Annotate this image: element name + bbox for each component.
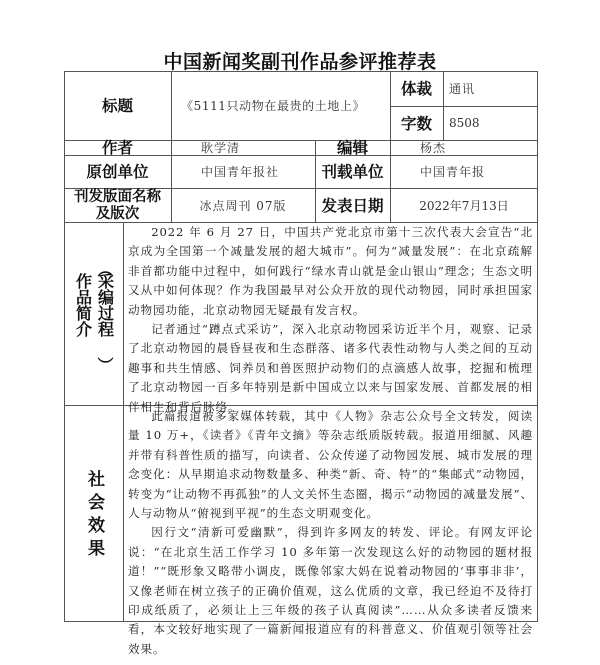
page-label-line1: 刊发版面名称	[74, 188, 161, 205]
genre-value: 通讯	[449, 71, 535, 106]
editor-label: 编辑	[315, 140, 390, 155]
paren-close: ︶	[96, 355, 116, 376]
wordcount-label: 字数	[390, 106, 443, 140]
editor-value: 杨杰	[420, 138, 530, 156]
summary-label-col1: 作品简介	[74, 273, 94, 337]
summary-label-col2: 采编过程	[96, 273, 116, 337]
summary-text: 2022 年 6 月 27 日，中国共产党北京市第十三次代表大会宣告“北京成为全…	[128, 223, 533, 417]
page-label-line2: 及版次	[96, 205, 140, 222]
author-label: 作者	[64, 140, 171, 155]
genre-label: 体裁	[390, 71, 443, 106]
impact-paragraph: 此篇报道被多家媒体转载，其中《人物》杂志公众号全文转发，阅读量 10 万+，《读…	[128, 407, 533, 523]
origin-label: 原创单位	[64, 155, 171, 188]
page-label: 刊发版面名称 及版次	[64, 188, 171, 222]
origin-value: 中国青年报社	[201, 155, 311, 188]
title-label: 标题	[64, 71, 171, 140]
wordcount-value: 8508	[449, 106, 535, 140]
form-title: 中国新闻奖副刊作品参评推荐表	[0, 47, 600, 74]
impact-paragraph: 因行文“清新可爱幽默”，得到许多网友的转发、评论。有网友评论说：“在北京生活工作…	[128, 523, 533, 659]
author-value: 耿学清	[201, 138, 311, 156]
page-value: 冰点周刊 07版	[171, 188, 315, 222]
divider	[123, 222, 124, 622]
publisher-label: 刊载单位	[315, 155, 390, 188]
date-label: 发表日期	[315, 188, 390, 222]
publisher-value: 中国青年报	[420, 155, 530, 188]
summary-label: ︵ 采编过程 作品简介 ︶	[64, 222, 123, 405]
date-value: 2022年7月13日	[390, 188, 538, 222]
divider	[443, 71, 444, 140]
title-value: 《5111只动物在最贵的土地上》	[181, 71, 386, 140]
summary-paragraph: 2022 年 6 月 27 日，中国共产党北京市第十三次代表大会宣告“北京成为全…	[128, 223, 533, 320]
impact-text: 此篇报道被多家媒体转载，其中《人物》杂志公众号全文转发，阅读量 10 万+，《读…	[128, 407, 533, 659]
impact-label: 社会效果	[64, 470, 123, 562]
summary-paragraph: 记者通过“蹲点式采访”，深入北京动物园采访近半个月，观察、记录了北京动物园的晨昏…	[128, 320, 533, 417]
